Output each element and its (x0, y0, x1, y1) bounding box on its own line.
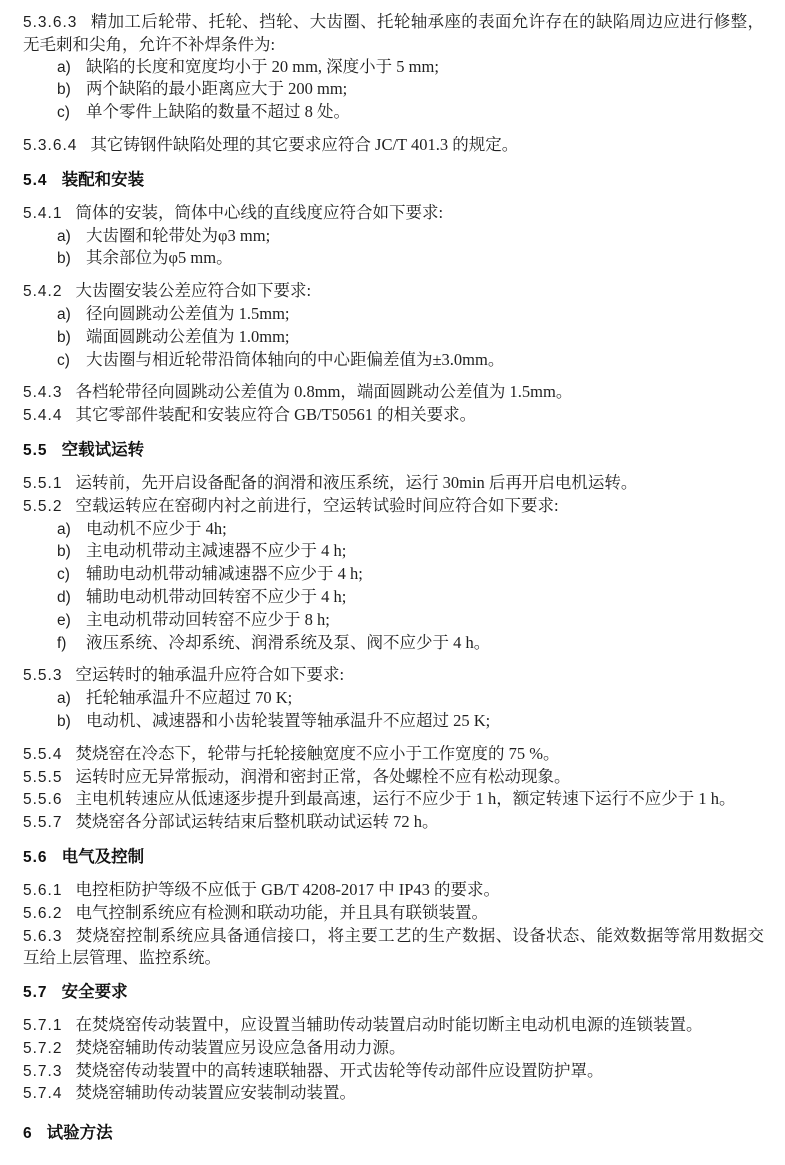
clause-number: 5.3.6.4 (23, 137, 77, 154)
clause-5.7.3: 5.7.3焚烧窑传动装置中的高转速联轴器、开式齿轮等传动部件应设置防护罩。 (23, 1060, 764, 1083)
list-item-b: b)主电动机带动主减速器不应少于 4 h; (23, 540, 764, 563)
clause-5.7.4: 5.7.4焚烧窑辅助传动装置应安装制动装置。 (23, 1082, 764, 1105)
clause-5.6.3: 5.6.3焚烧窑控制系统应具备通信接口，将主要工艺的生产数据、设备状态、能效数据… (23, 925, 764, 970)
clause-5.5.6: 5.5.6主电机转速应从低速逐步提升到最高速，运行不应少于 1 h，额定转速下运… (23, 788, 764, 811)
clause-number: 5.5.1 (23, 475, 62, 492)
heading-text: 试验方法 (47, 1124, 113, 1142)
body-text: 运转时应无异常振动，润滑和密封正常，各处螺栓不应有松动现象。 (75, 767, 570, 786)
clause-5.5.1: 5.5.1运转前，先开启设备配备的润滑和液压系统，运行 30min 后再开启电机… (23, 472, 764, 495)
body-text: 辅助电动机带动辅减速器不应少于 4 h; (86, 564, 363, 583)
list-item-b: b)电动机、减速器和小齿轮装置等轴承温升不应超过 25 K; (23, 710, 764, 733)
clause-number: 5.6.3 (23, 928, 62, 945)
item-marker: a) (57, 304, 74, 326)
clause-5.5.5: 5.5.5运转时应无异常振动，润滑和密封正常，各处螺栓不应有松动现象。 (23, 766, 764, 789)
item-marker: b) (57, 711, 74, 733)
clause-number: 5.4.2 (23, 283, 62, 300)
item-marker: b) (57, 327, 74, 349)
clause-5.6.1: 5.6.1电控柜防护等级不应低于 GB/T 4208-2017 中 IP43 的… (23, 879, 764, 902)
section-heading-5.4: 5.4装配和安装 (23, 169, 764, 192)
body-text: 液压系统、冷却系统、润滑系统及泵、阀不应少于 4 h。 (86, 633, 490, 652)
item-marker: a) (57, 688, 74, 710)
list-item-c: c)辅助电动机带动辅减速器不应少于 4 h; (23, 563, 764, 586)
heading-text: 电气及控制 (62, 848, 145, 866)
body-text: 电控柜防护等级不应低于 GB/T 4208-2017 中 IP43 的要求。 (75, 880, 500, 899)
body-text: 主电机转速应从低速逐步提升到最高速，运行不应少于 1 h，额定转速下运行不应少于… (75, 789, 735, 808)
section-heading-5.5: 5.5空载试运转 (23, 439, 764, 462)
body-text: 其它零部件装配和安装应符合 GB/T50561 的相关要求。 (75, 405, 476, 424)
list-item-c: c)大齿圈与相近轮带沿筒体轴向的中心距偏差值为±3.0mm。 (23, 349, 764, 372)
body-text: 大齿圈安装公差应符合如下要求: (75, 281, 311, 300)
clause-5.7.2: 5.7.2焚烧窑辅助传动装置应另设应急备用动力源。 (23, 1037, 764, 1060)
item-marker: d) (57, 587, 74, 609)
body-text: 辅助电动机带动回转窑不应少于 4 h; (86, 587, 346, 606)
list-item-a: a)径向圆跳动公差值为 1.5mm; (23, 303, 764, 326)
list-item-a: a)托轮轴承温升不应超过 70 K; (23, 687, 764, 710)
clause-5.4.3: 5.4.3各档轮带径向圆跳动公差值为 0.8mm，端面圆跳动公差值为 1.5mm… (23, 381, 764, 404)
body-text: 单个零件上缺陷的数量不超过 8 处。 (86, 102, 350, 121)
body-text: 两个缺陷的最小距离应大于 200 mm; (86, 79, 347, 98)
body-text: 大齿圈与相近轮带沿筒体轴向的中心距偏差值为±3.0mm。 (86, 350, 504, 369)
list-item-c: c)单个零件上缺陷的数量不超过 8 处。 (23, 101, 764, 124)
clause-5.5.2: 5.5.2空载运转应在窑砌内衬之前进行，空运转试验时间应符合如下要求: (23, 495, 764, 518)
list-item-a: a)电动机不应少于 4h; (23, 518, 764, 541)
clause-number: 5.7.2 (23, 1040, 62, 1057)
body-text: 焚烧窑辅助传动装置应安装制动装置。 (75, 1083, 356, 1102)
clause-5.3.6.3: 5.3.6.3精加工后轮带、托轮、挡轮、大齿圈、托轮轴承座的表面允许存在的缺陷周… (23, 11, 764, 56)
list-item-f: f)液压系统、冷却系统、润滑系统及泵、阀不应少于 4 h。 (23, 632, 764, 655)
item-marker: a) (57, 57, 74, 79)
clause-number: 5.4.4 (23, 407, 62, 424)
heading-text: 装配和安装 (62, 171, 145, 189)
body-text: 托轮轴承温升不应超过 70 K; (86, 688, 292, 707)
clause-number: 5.4 (23, 172, 48, 189)
clause-number: 5.5.7 (23, 814, 62, 831)
item-marker: e) (57, 610, 74, 632)
body-text: 焚烧窑各分部试运转结束后整机联动试运转 72 h。 (75, 812, 438, 831)
clause-number: 5.6.2 (23, 905, 62, 922)
body-text: 焚烧窑传动装置中的高转速联轴器、开式齿轮等传动部件应设置防护罩。 (75, 1061, 603, 1080)
item-marker: c) (57, 350, 74, 372)
clause-5.4.4: 5.4.4其它零部件装配和安装应符合 GB/T50561 的相关要求。 (23, 404, 764, 427)
body-text: 运转前，先开启设备配备的润滑和液压系统，运行 30min 后再开启电机运转。 (75, 473, 637, 492)
list-item-d: d)辅助电动机带动回转窑不应少于 4 h; (23, 586, 764, 609)
heading-text: 安全要求 (62, 983, 128, 1001)
list-item-e: e)主电动机带动回转窑不应少于 8 h; (23, 609, 764, 632)
list-item-b: b)其余部位为φ5 mm。 (23, 247, 764, 270)
list-item-a: a)大齿圈和轮带处为φ3 mm; (23, 225, 764, 248)
item-marker: b) (57, 79, 74, 101)
clause-number: 5.4.1 (23, 205, 62, 222)
body-text: 主电动机带动回转窑不应少于 8 h; (86, 610, 330, 629)
clause-number: 5.7.4 (23, 1085, 62, 1102)
body-text: 端面圆跳动公差值为 1.0mm; (86, 327, 290, 346)
chapter-heading-6: 6试验方法 (23, 1122, 764, 1145)
document-page: 5.3.6.3精加工后轮带、托轮、挡轮、大齿圈、托轮轴承座的表面允许存在的缺陷周… (23, 11, 764, 1145)
clause-5.4.1: 5.4.1筒体的安装，筒体中心线的直线度应符合如下要求: (23, 202, 764, 225)
body-text: 各档轮带径向圆跳动公差值为 0.8mm，端面圆跳动公差值为 1.5mm。 (75, 382, 572, 401)
body-text: 焚烧窑控制系统应具备通信接口，将主要工艺的生产数据、设备状态、能效数据等常用数据… (23, 926, 764, 968)
clause-number: 5.7 (23, 984, 48, 1001)
body-text: 空载运转应在窑砌内衬之前进行，空运转试验时间应符合如下要求: (75, 496, 558, 515)
item-marker: b) (57, 541, 74, 563)
body-text: 主电动机带动主减速器不应少于 4 h; (86, 541, 346, 560)
clause-number: 5.7.1 (23, 1017, 62, 1034)
item-marker: b) (57, 248, 74, 270)
clause-5.6.2: 5.6.2电气控制系统应有检测和联动功能，并且具有联锁装置。 (23, 902, 764, 925)
clause-number: 5.4.3 (23, 384, 62, 401)
item-marker: f) (57, 633, 74, 655)
body-text: 其余部位为φ5 mm。 (86, 248, 233, 267)
body-text: 在焚烧窑传动装置中，应设置当辅助传动装置启动时能切断主电动机电源的连锁装置。 (75, 1015, 702, 1034)
clause-5.7.1: 5.7.1在焚烧窑传动装置中，应设置当辅助传动装置启动时能切断主电动机电源的连锁… (23, 1014, 764, 1037)
clause-5.5.3: 5.5.3空运转时的轴承温升应符合如下要求: (23, 664, 764, 687)
body-text: 大齿圈和轮带处为φ3 mm; (86, 226, 270, 245)
body-text: 电动机不应少于 4h; (86, 519, 227, 538)
clause-number: 5.5.6 (23, 791, 62, 808)
body-text: 缺陷的长度和宽度均小于 20 mm, 深度小于 5 mm; (86, 57, 439, 76)
body-text: 其它铸钢件缺陷处理的其它要求应符合 JC/T 401.3 的规定。 (90, 135, 518, 154)
clause-number: 5.3.6.3 (23, 14, 77, 31)
body-text: 筒体的安装，筒体中心线的直线度应符合如下要求: (75, 203, 443, 222)
body-text: 电动机、减速器和小齿轮装置等轴承温升不应超过 25 K; (86, 711, 490, 730)
clause-5.5.7: 5.5.7焚烧窑各分部试运转结束后整机联动试运转 72 h。 (23, 811, 764, 834)
body-text: 焚烧窑辅助传动装置应另设应急备用动力源。 (75, 1038, 405, 1057)
body-text: 电气控制系统应有检测和联动功能，并且具有联锁装置。 (75, 903, 488, 922)
item-marker: a) (57, 226, 74, 248)
clause-number: 5.5.2 (23, 498, 62, 515)
list-item-a: a)缺陷的长度和宽度均小于 20 mm, 深度小于 5 mm; (23, 56, 764, 79)
body-text: 精加工后轮带、托轮、挡轮、大齿圈、托轮轴承座的表面允许存在的缺陷周边应进行修整，… (23, 12, 764, 54)
clause-5.3.6.4: 5.3.6.4其它铸钢件缺陷处理的其它要求应符合 JC/T 401.3 的规定。 (23, 134, 764, 157)
clause-number: 5.5.4 (23, 746, 62, 763)
list-item-b: b)两个缺陷的最小距离应大于 200 mm; (23, 78, 764, 101)
section-heading-5.7: 5.7安全要求 (23, 981, 764, 1004)
section-heading-5.6: 5.6电气及控制 (23, 846, 764, 869)
clause-number: 5.6 (23, 849, 48, 866)
item-marker: a) (57, 519, 74, 541)
clause-number: 5.6.1 (23, 882, 62, 899)
clause-number: 5.5 (23, 442, 48, 459)
clause-5.4.2: 5.4.2大齿圈安装公差应符合如下要求: (23, 280, 764, 303)
heading-text: 空载试运转 (62, 441, 145, 459)
clause-number: 5.5.3 (23, 667, 62, 684)
body-text: 焚烧窑在冷态下，轮带与托轮接触宽度不应小于工作宽度的 75 %。 (75, 744, 559, 763)
body-text: 径向圆跳动公差值为 1.5mm; (86, 304, 290, 323)
body-text: 空运转时的轴承温升应符合如下要求: (75, 665, 344, 684)
clause-number: 5.5.5 (23, 769, 62, 786)
list-item-b: b)端面圆跳动公差值为 1.0mm; (23, 326, 764, 349)
clause-5.5.4: 5.5.4焚烧窑在冷态下，轮带与托轮接触宽度不应小于工作宽度的 75 %。 (23, 743, 764, 766)
item-marker: c) (57, 102, 74, 124)
item-marker: c) (57, 564, 74, 586)
clause-number: 6 (23, 1125, 33, 1142)
clause-number: 5.7.3 (23, 1063, 62, 1080)
